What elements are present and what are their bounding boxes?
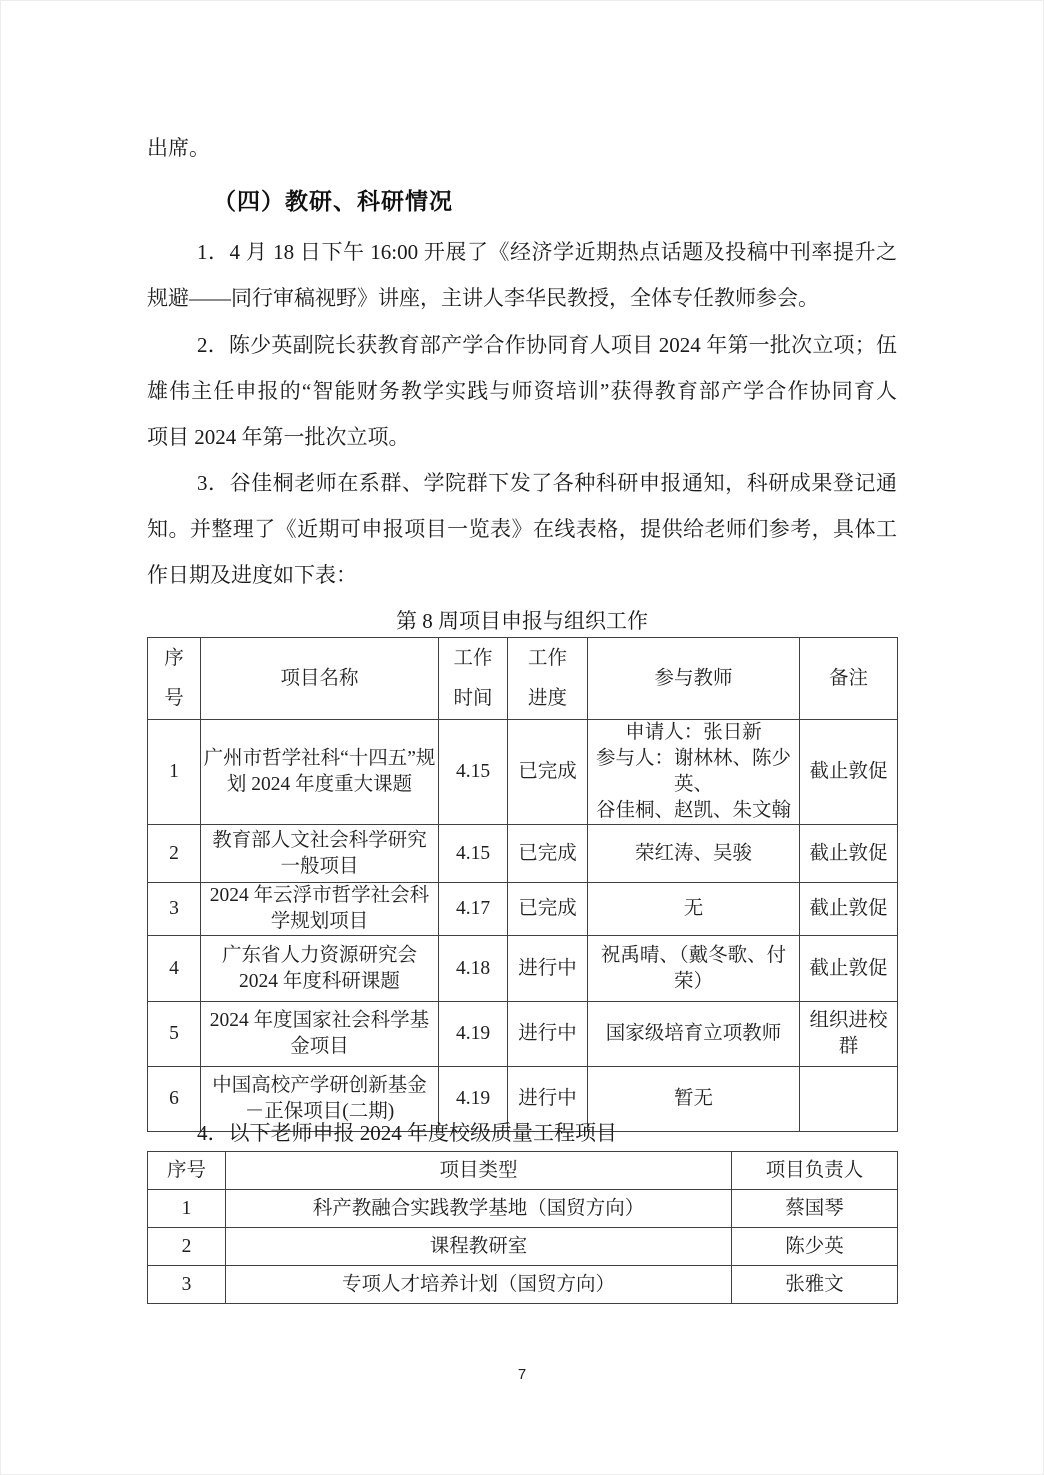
paragraph-2-line-1: 2．陈少英副院长获教育部产学合作协同育人项目 2024 年第一批次立项；伍 [147, 322, 897, 368]
paragraph-3-line-1: 3．谷佳桐老师在系群、学院群下发了各种科研申报通知，科研成果登记通 [147, 460, 897, 506]
cell-progress: 已完成 [508, 883, 588, 936]
cell-teachers: 祝禹晴、（戴冬歌、付荣） [588, 936, 800, 1002]
paragraph-1: 1．4 月 18 日下午 16:00 开展了《经济学近期热点话题及投稿中刊率提升… [147, 229, 897, 321]
paragraph-3: 3．谷佳桐老师在系群、学院群下发了各种科研申报通知，科研成果登记通 知。并整理了… [147, 460, 897, 598]
table1-header-name: 项目名称 [201, 638, 439, 720]
table-row: 1 科产教融合实践教学基地（国贸方向） 蔡国琴 [148, 1190, 898, 1228]
paragraph-2: 2．陈少英副院长获教育部产学合作协同育人项目 2024 年第一批次立项；伍 雄伟… [147, 322, 897, 460]
table-row: 4 广东省人力资源研究会 2024 年度科研课题 4.18 进行中 祝禹晴、（戴… [148, 936, 898, 1002]
cell-no: 4 [148, 936, 201, 1002]
table-row: 1 广州市哲学社科“十四五”规 划 2024 年度重大课题 4.15 已完成 申… [148, 720, 898, 825]
table-row: 2 教育部人文社会科学研究 一般项目 4.15 已完成 荣红涛、吴骏 截止敦促 [148, 825, 898, 883]
cell-note: 截止敦促 [800, 720, 898, 825]
paragraph-3-line-2: 知。并整理了《近期可申报项目一览表》在线表格，提供给老师们参考，具体工 [147, 506, 897, 552]
page-number: 7 [0, 1366, 1044, 1383]
table1-header-note: 备注 [800, 638, 898, 720]
cell-work-time: 4.17 [439, 883, 508, 936]
table-row: 3 2024 年云浮市哲学社会科 学规划项目 4.17 已完成 无 截止敦促 [148, 883, 898, 936]
section-4-text: 4．以下老师申报 2024 年度校级质量工程项目 [147, 1110, 897, 1156]
cell-teachers: 无 [588, 883, 800, 936]
paragraph-3-line-3: 作日期及进度如下表： [147, 552, 897, 598]
cell-teachers: 国家级培育立项教师 [588, 1002, 800, 1067]
intro-tail-text: 出席。 [147, 126, 897, 170]
cell-project-name: 广东省人力资源研究会 2024 年度科研课题 [201, 936, 439, 1002]
cell-project-name: 广州市哲学社科“十四五”规 划 2024 年度重大课题 [201, 720, 439, 825]
paragraph-2-line-2: 雄伟主任申报的“智能财务教学实践与师资培训”获得教育部产学合作协同育人 [147, 368, 897, 414]
section-heading: （四）教研、科研情况 [147, 181, 897, 221]
cell-work-time: 4.18 [439, 936, 508, 1002]
cell-no: 3 [148, 883, 201, 936]
table1-header-progress: 工作 进度 [508, 638, 588, 720]
cell-no: 2 [148, 1228, 226, 1266]
cell-project-name: 2024 年云浮市哲学社会科 学规划项目 [201, 883, 439, 936]
paragraph-2-line-3: 项目 2024 年第一批次立项。 [147, 414, 897, 460]
table-row: 5 2024 年度国家社会科学基 金项目 4.19 进行中 国家级培育立项教师 … [148, 1002, 898, 1067]
quality-project-table: 序号 项目类型 项目负责人 1 科产教融合实践教学基地（国贸方向） 蔡国琴 2 … [147, 1151, 898, 1304]
cell-teachers: 申请人：张日新 参与人：谢林林、陈少英、 谷佳桐、赵凯、朱文翰 [588, 720, 800, 825]
cell-work-time: 4.15 [439, 720, 508, 825]
cell-note: 截止敦促 [800, 936, 898, 1002]
cell-teachers: 荣红涛、吴骏 [588, 825, 800, 883]
cell-progress: 进行中 [508, 936, 588, 1002]
cell-no: 2 [148, 825, 201, 883]
cell-progress: 已完成 [508, 720, 588, 825]
table1-header-no: 序 号 [148, 638, 201, 720]
table2-header-row: 序号 项目类型 项目负责人 [148, 1152, 898, 1190]
cell-note: 截止敦促 [800, 883, 898, 936]
cell-project-type: 专项人才培养计划（国贸方向） [226, 1266, 732, 1304]
cell-project-name: 教育部人文社会科学研究 一般项目 [201, 825, 439, 883]
table1-header-row: 序 号 项目名称 工作 时间 工作 进度 参与教师 备注 [148, 638, 898, 720]
paragraph-1-line-1: 1．4 月 18 日下午 16:00 开展了《经济学近期热点话题及投稿中刊率提升… [147, 229, 897, 275]
cell-note: 截止敦促 [800, 825, 898, 883]
cell-leader: 蔡国琴 [732, 1190, 898, 1228]
table-row: 2 课程教研室 陈少英 [148, 1228, 898, 1266]
paragraph-1-line-2: 规避——同行审稿视野》讲座，主讲人李华民教授，全体专任教师参会。 [147, 275, 897, 321]
cell-no: 1 [148, 720, 201, 825]
table2-header-type: 项目类型 [226, 1152, 732, 1190]
cell-no: 3 [148, 1266, 226, 1304]
week8-project-table: 序 号 项目名称 工作 时间 工作 进度 参与教师 备注 1 广州市哲学社科“十… [147, 637, 898, 1132]
cell-leader: 张雅文 [732, 1266, 898, 1304]
cell-no: 1 [148, 1190, 226, 1228]
cell-work-time: 4.15 [439, 825, 508, 883]
cell-leader: 陈少英 [732, 1228, 898, 1266]
table-row: 3 专项人才培养计划（国贸方向） 张雅文 [148, 1266, 898, 1304]
cell-progress: 进行中 [508, 1002, 588, 1067]
document-page: 出席。 （四）教研、科研情况 1．4 月 18 日下午 16:00 开展了《经济… [0, 0, 1044, 1475]
cell-progress: 已完成 [508, 825, 588, 883]
cell-project-type: 课程教研室 [226, 1228, 732, 1266]
cell-project-name: 2024 年度国家社会科学基 金项目 [201, 1002, 439, 1067]
cell-no: 5 [148, 1002, 201, 1067]
cell-note: 组织进校 群 [800, 1002, 898, 1067]
table1-header-teachers: 参与教师 [588, 638, 800, 720]
table2-header-leader: 项目负责人 [732, 1152, 898, 1190]
table1-header-time: 工作 时间 [439, 638, 508, 720]
cell-work-time: 4.19 [439, 1002, 508, 1067]
cell-project-type: 科产教融合实践教学基地（国贸方向） [226, 1190, 732, 1228]
table2-header-no: 序号 [148, 1152, 226, 1190]
